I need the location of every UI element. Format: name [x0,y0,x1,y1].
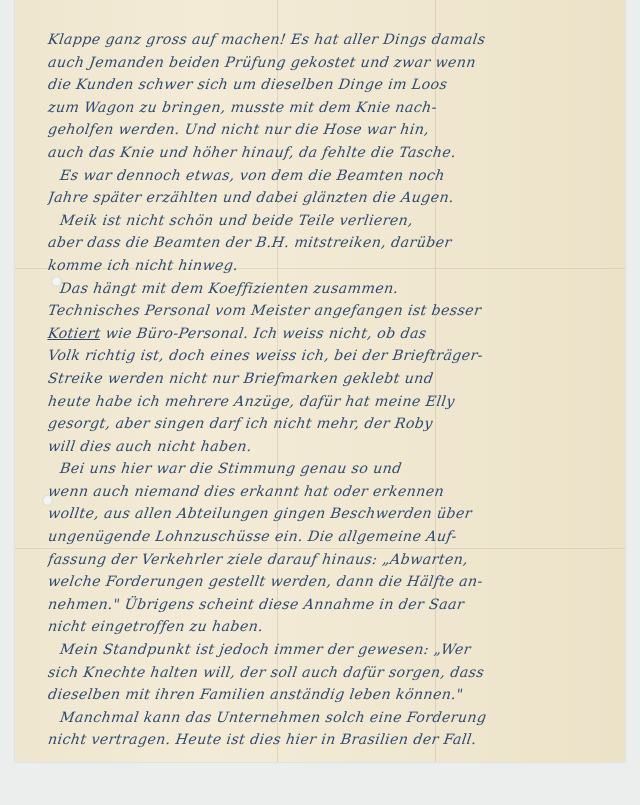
handwritten-line: geholfen werden. Und nicht nur die Hose … [46,119,624,142]
handwritten-line: Jahre später erzählten und dabei glänzte… [46,187,624,210]
handwritten-line: Meik ist nicht schön und beide Teile ver… [46,210,624,233]
handwritten-line: sich Knechte halten will, der soll auch … [46,662,624,685]
handwritten-line: Bei uns hier war die Stimmung genau so u… [46,458,624,481]
handwritten-line: komme ich nicht hinweg. [46,255,624,278]
handwritten-line: Technisches Personal vom Meister angefan… [46,300,624,323]
handwritten-line: auch das Knie und höher hinauf, da fehlt… [46,142,624,165]
letter-paper: Klappe ganz gross auf machen! Es hat all… [15,0,625,762]
handwritten-line: Kotiert wie Büro-Personal. Ich weiss nic… [46,323,624,346]
handwritten-line: nicht eingetroffen zu haben. [46,616,624,639]
handwritten-line: ungenügende Lohnzuschüsse ein. Die allge… [46,526,624,549]
underlined-word: Kotiert [47,326,102,342]
handwritten-line: Es war dennoch etwas, von dem die Beamte… [46,165,624,188]
handwritten-line: nicht vertragen. Heute ist dies hier in … [46,729,624,752]
handwritten-line: Manchmal kann das Unternehmen solch eine… [46,707,624,730]
handwritten-text-body: Klappe ganz gross auf machen! Es hat all… [48,29,623,752]
handwritten-line: zum Wagon zu bringen, musste mit dem Kni… [46,97,624,120]
handwritten-line: dieselben mit ihren Familien anständig l… [46,684,624,707]
handwritten-line: fassung der Verkehrler ziele darauf hina… [46,549,624,572]
handwritten-line: aber dass die Beamten der B.H. mitstreik… [46,232,624,255]
handwritten-line: Klappe ganz gross auf machen! Es hat all… [46,29,624,52]
handwritten-line: heute habe ich mehrere Anzüge, dafür hat… [46,391,624,414]
handwritten-line: wollte, aus allen Abteilungen gingen Bes… [46,503,624,526]
handwritten-line: Mein Standpunkt ist jedoch immer der gew… [46,639,624,662]
handwritten-line: Das hängt mit dem Koeffizienten zusammen… [46,278,624,301]
handwritten-line: wenn auch niemand dies erkannt hat oder … [46,481,624,504]
handwritten-line: welche Forderungen gestellt werden, dann… [46,571,624,594]
handwritten-line: nehmen." Übrigens scheint diese Annahme … [46,594,624,617]
handwritten-line: gesorgt, aber singen darf ich nicht mehr… [46,413,624,436]
handwritten-line: die Kunden schwer sich um dieselben Ding… [46,74,624,97]
handwritten-line: will dies auch nicht haben. [46,436,624,459]
handwritten-line: Volk richtig ist, doch eines weiss ich, … [46,345,624,368]
handwritten-line: Streike werden nicht nur Briefmarken gek… [46,368,624,391]
handwritten-line: auch Jemanden beiden Prüfung gekostet un… [46,52,624,75]
